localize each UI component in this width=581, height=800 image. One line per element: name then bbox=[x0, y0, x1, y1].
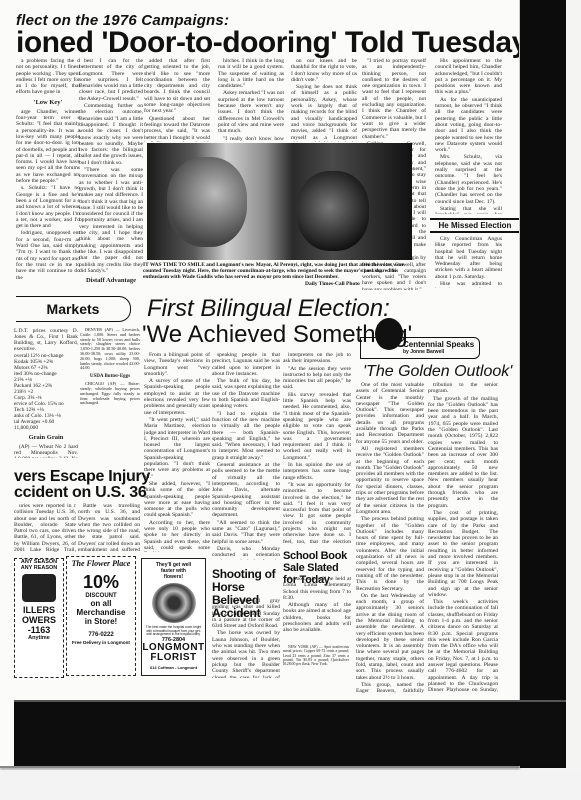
ad-flower-place: The Flower Place 10% DISCOUNT on all Mer… bbox=[66, 556, 136, 676]
election-col-5: on our knees and be thankful for the rig… bbox=[291, 58, 357, 142]
paragraph: "It was an opportunity for minorities to… bbox=[283, 482, 351, 544]
ad-tagline: flowers! bbox=[142, 574, 205, 580]
butter-eggs-text: CHICAGO (AP) — Butter: steady; wholesale… bbox=[80, 382, 140, 406]
paragraph: best I can for the betterment of the cit… bbox=[79, 58, 143, 102]
paragraph: arge Chandler, winner four-year term ove… bbox=[16, 109, 80, 185]
paragraph: "I tried to portray myself as an indepen… bbox=[362, 58, 426, 140]
ad-fine-print: The best make the hospital room bright w… bbox=[142, 626, 205, 637]
paragraph: In his opinion the use of interpreters h… bbox=[283, 462, 351, 481]
scan-bottom-strip bbox=[14, 700, 566, 766]
accident-col-2: Battle was travelling north on U.S. 36, … bbox=[78, 503, 140, 553]
horse-body: A five-year-old gray gelding was shot an… bbox=[212, 598, 280, 678]
paragraph: Stating that she will "probably" run aga… bbox=[435, 206, 502, 214]
photo-person-right bbox=[297, 171, 369, 251]
paragraph: speaking people in that precinct, Laguna… bbox=[212, 352, 280, 377]
paragraph: "It went pretty well," said Maria Martin… bbox=[144, 417, 210, 480]
paragraph: a problems facing the d not on personali… bbox=[16, 58, 80, 96]
ad-delivery: Free Delivery in Longmont bbox=[67, 640, 135, 645]
grain-text: (AP) — Wheat No 2 hard red Minneapolis N… bbox=[14, 444, 78, 458]
scan-background bbox=[0, 770, 581, 800]
ad-line: Merchandise bbox=[67, 608, 135, 617]
bilingual-col-3: interpreters on the job to ask their imp… bbox=[283, 352, 351, 544]
bilingual-col-2: speaking people in that precinct, Laguna… bbox=[212, 352, 280, 560]
paragraph: City Councilman Angus Hise reported from… bbox=[435, 236, 502, 280]
accident-headline-2: ccident on U.S. 36 bbox=[14, 484, 146, 502]
paragraph: This group, named the Eager Beavers, fai… bbox=[356, 682, 424, 694]
subhead-distaff-advantage: Distaff Advantage bbox=[79, 277, 143, 284]
missed-election-heading: He Missed Election bbox=[430, 218, 520, 233]
school-body: A book sale will be held at Loma Linda E… bbox=[283, 576, 351, 634]
centennial-col-2: tribution to the senior program. The gro… bbox=[428, 382, 498, 694]
markets-intro: L.D.T. prices courtesy D. Jones & Co., F… bbox=[14, 328, 78, 352]
election-col-4: hitches. I think in the long run it will… bbox=[218, 58, 284, 142]
missed-election-body: City Councilman Angus Hise reported from… bbox=[435, 236, 502, 288]
main-headline: ioned 'Door-to-dooring' Told Tuesday's E… bbox=[16, 26, 520, 60]
butter-eggs-heading: USDA Butter-Eggs bbox=[80, 374, 140, 379]
paragraph: All registered members receive the "Gold… bbox=[356, 446, 424, 515]
paragraph: hitches. I think in the long run it will… bbox=[218, 58, 284, 89]
paragraph: NEW YORK (AP) — Spot nonferrous metal pr… bbox=[283, 645, 349, 666]
ad-discount-percent: 10% bbox=[67, 572, 135, 593]
paragraph: "I had to explain the function of the ne… bbox=[212, 411, 280, 461]
paragraph: On the last Wednesday of each month, a g… bbox=[356, 593, 424, 681]
paragraph: Mrs. Schultz, via telephone, said she wa… bbox=[435, 154, 502, 204]
paragraph: A book sale will be held at Loma Linda E… bbox=[283, 576, 351, 601]
paragraph: Commenting further on the election outco… bbox=[79, 103, 143, 166]
paragraph: The process behind putting together of t… bbox=[356, 516, 424, 592]
paragraph: Davis, who Monday conducted an orientati… bbox=[212, 546, 280, 560]
photo-credit: Daily Times-Call Photo bbox=[305, 281, 360, 287]
paragraph: From a bilingual point of view, Tuesday'… bbox=[144, 352, 210, 377]
paragraph: His survey revealed that little Spanish … bbox=[283, 392, 351, 461]
markets-livestock: DENVER (AP) — Livestock, Cattle: 1,000. … bbox=[80, 328, 140, 458]
election-col-7: His appointment to the council helped hi… bbox=[435, 58, 502, 214]
paragraph: uries were reported in r collision Tuesd… bbox=[14, 503, 76, 553]
ad-brand: FLORIST bbox=[142, 653, 205, 663]
ad-phone: -1163 bbox=[15, 625, 63, 635]
scan-dark-edge bbox=[520, 0, 566, 768]
centennial-speaks-box: Centennial Speaks by Jonne Barwell bbox=[360, 337, 480, 359]
paragraph: "At the session they were instructed to … bbox=[283, 366, 351, 391]
byline: by Jonne Barwell bbox=[403, 349, 475, 355]
ad-any-season-flowers: ANY SEASON ANY REASON ILLERS OWERS -1163… bbox=[14, 558, 64, 678]
election-col-2: best I can for the betterment of the cit… bbox=[79, 58, 143, 286]
ad-brand: OWERS bbox=[15, 615, 63, 625]
flower-photo-icon bbox=[22, 574, 56, 602]
accident-col-1: uries were reported in r collision Tuesd… bbox=[14, 503, 76, 553]
paragraph: "All seemed to think the same as "Cato" … bbox=[212, 520, 280, 545]
paragraph: According to her, there were only 10 peo… bbox=[144, 520, 210, 552]
paragraph: General assistance at the polls seemed t… bbox=[212, 462, 280, 519]
paragraph: The cost of printing, supplies, and post… bbox=[428, 510, 498, 598]
paragraph: interpreters on the job to ask their imp… bbox=[283, 352, 351, 365]
centennial-col-1: One of the most valuable assets of Cente… bbox=[356, 382, 424, 694]
column-title: Centennial Speaks bbox=[403, 340, 475, 349]
bilingual-headline-1: First Bilingual Election: bbox=[147, 297, 390, 321]
stock-row: 11,800,000 bbox=[14, 425, 78, 431]
photo-person-left bbox=[167, 157, 247, 247]
ad-brand: The Flower Place bbox=[67, 559, 135, 568]
paragraph: This week's activities include the conti… bbox=[428, 599, 498, 694]
ad-line: ANY REASON bbox=[15, 565, 63, 571]
paragraph: "I really don't know how you get the vot… bbox=[218, 136, 284, 142]
paragraph: tribution to the senior program. bbox=[428, 382, 498, 395]
election-photo bbox=[147, 143, 412, 260]
paragraph: Although many of the books are aimed at … bbox=[283, 602, 351, 633]
subhead-low-key: 'Low Key' bbox=[16, 99, 80, 106]
bouquet-icon bbox=[152, 583, 196, 623]
golden-outlook-headline: 'The Golden Outlook' bbox=[363, 363, 512, 381]
livestock-text: DENVER (AP) — Livestock, Cattle: 1,000. … bbox=[80, 328, 140, 371]
ad-line: on all bbox=[67, 599, 135, 608]
paragraph: His appointment to the council helped hi… bbox=[435, 58, 502, 96]
paragraph: One of the most valuable assets of Cente… bbox=[356, 382, 424, 445]
bilingual-col-1: From a bilingual point of view, Tuesday'… bbox=[144, 352, 210, 552]
paragraph: Askey remarked "I was not surprised at t… bbox=[218, 90, 284, 134]
ad-brand: ILLERS bbox=[15, 605, 63, 615]
paragraph: Battle was travelling north on U.S. 36, … bbox=[78, 503, 140, 553]
election-col-3: added that after first getting oriented … bbox=[144, 58, 210, 142]
ad-line: in Store! bbox=[67, 617, 135, 626]
paragraph: Hise was admitted to intensive care, but… bbox=[435, 281, 502, 288]
newspaper-page: flect on the 1976 Campaigns: ioned 'Door… bbox=[0, 0, 520, 768]
ad-longmont-florist: They'll get well faster with flowers! Th… bbox=[141, 558, 206, 676]
photo-caption: IT WAS TIME TO SMILE and Longmont's new … bbox=[143, 262, 418, 280]
paragraph: Questioned about her feelings toward the… bbox=[144, 116, 210, 142]
paragraph: Saying he does not think of himself as a… bbox=[291, 84, 357, 142]
paragraph: The growth of the mailing for the "Golde… bbox=[428, 396, 498, 509]
paragraph: added that after first getting oriented … bbox=[144, 58, 210, 115]
metals-wire: NEW YORK (AP) — Spot nonferrous metal pr… bbox=[283, 645, 349, 685]
paragraph: The horse was owned by Launa Johnson, of… bbox=[212, 630, 280, 678]
paragraph: A five-year-old gray gelding was shot an… bbox=[212, 598, 280, 629]
paragraph: A survey of some of the Spanish-speaking… bbox=[144, 378, 210, 416]
paragraph: "There was some conversation on the mixu… bbox=[79, 167, 143, 274]
paragraph: lodriguez, unopposed ent for a second, f… bbox=[16, 230, 80, 280]
markets-stock-list: L.D.T. prices courtesy D. Jones & Co., F… bbox=[14, 328, 78, 458]
paragraph: She added, however, "I think some of the… bbox=[144, 481, 210, 519]
paragraph: The bulk of his day, he said, was spent … bbox=[212, 378, 280, 409]
paragraph: As for the unanticipated turnout, he obs… bbox=[435, 97, 502, 154]
markets-heading: Markets bbox=[16, 296, 131, 322]
paragraph: s. Schultz: "I have no George is a fine … bbox=[16, 185, 80, 229]
election-col-1: a problems facing the d not on personali… bbox=[16, 58, 80, 286]
paragraph: on our knees and be thankful for the rig… bbox=[291, 58, 357, 83]
ad-phone: 776-0222 bbox=[67, 632, 135, 638]
grain-heading: Grain Grain bbox=[14, 434, 78, 441]
ad-tag: Anytime bbox=[15, 635, 63, 641]
ad-address: 614 Coffman - Longmont bbox=[142, 665, 205, 670]
